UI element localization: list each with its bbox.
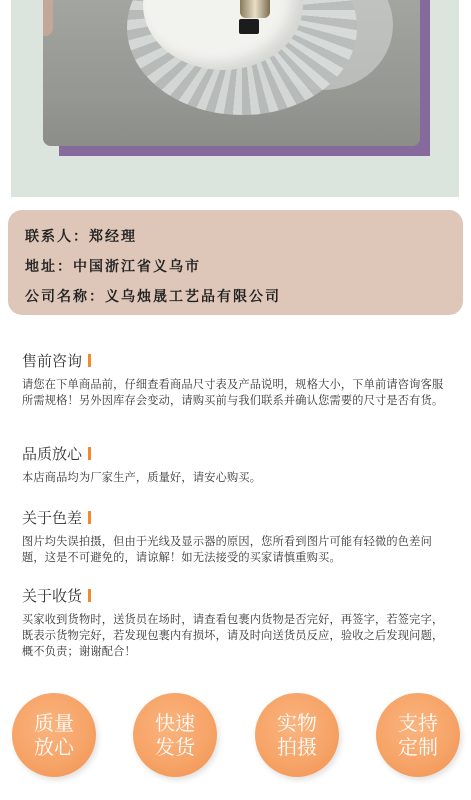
- section-title: 关于色差: [22, 507, 452, 527]
- badge-text: 实物: [277, 711, 317, 735]
- badge-text: 定制: [398, 735, 438, 759]
- photo-hand: [43, 0, 53, 36]
- section-body: 本店商品均为厂家生产，质量好，请安心购买。: [22, 470, 452, 486]
- section-body: 图片均失误拍摄，但由于光线及显示器的原因，您所看到图片可能有轻微的色差问题，这是…: [22, 534, 452, 566]
- section-title: 品质放心: [22, 443, 452, 463]
- accent-bar-icon: [88, 511, 91, 524]
- badge-customization: 支持 定制: [376, 693, 460, 777]
- accent-bar-icon: [88, 354, 91, 367]
- contact-person: 联系人：郑经理: [25, 226, 137, 246]
- contact-company: 公司名称：义乌烛晟工艺品有限公司: [25, 286, 281, 306]
- badge-text: 拍摄: [277, 735, 317, 759]
- accent-bar-icon: [88, 589, 91, 602]
- section-color-difference: 关于色差 图片均失误拍摄，但由于光线及显示器的原因，您所看到图片可能有轻微的色差…: [22, 507, 452, 566]
- photo-metal-pin: [240, 0, 270, 18]
- contact-card: 联系人：郑经理 地址：中国浙江省义乌市 公司名称：义乌烛晟工艺品有限公司: [8, 210, 463, 315]
- badge-quality: 质量 放心: [12, 693, 96, 777]
- badge-text: 发货: [155, 735, 195, 759]
- section-title-text: 关于收货: [22, 585, 82, 606]
- section-title: 售前咨询: [22, 350, 452, 370]
- badge-text: 放心: [34, 735, 74, 759]
- section-presale: 售前咨询 请您在下单商品前，仔细查看商品尺寸表及产品说明，规格大小，下单前请咨询…: [22, 350, 452, 409]
- section-body: 买家收到货物时，送货员在场时，请查看包裹内货物是否完好，再签字，若签完字，既表示…: [22, 612, 452, 660]
- badge-text: 支持: [398, 711, 438, 735]
- section-title-text: 售前咨询: [22, 350, 82, 371]
- section-title-text: 关于色差: [22, 507, 82, 528]
- badge-text: 质量: [34, 711, 74, 735]
- badge-fast-shipping: 快速 发货: [133, 693, 217, 777]
- badge-text: 快速: [155, 711, 195, 735]
- section-quality: 品质放心 本店商品均为厂家生产，质量好，请安心购买。: [22, 443, 452, 486]
- section-title-text: 品质放心: [22, 443, 82, 464]
- contact-address: 地址：中国浙江省义乌市: [25, 256, 201, 276]
- accent-bar-icon: [88, 447, 91, 460]
- photo-switch: [239, 19, 259, 34]
- section-title: 关于收货: [22, 585, 452, 605]
- section-body: 请您在下单商品前，仔细查看商品尺寸表及产品说明，规格大小，下单前请咨询客服所需规…: [22, 377, 452, 409]
- badge-real-photo: 实物 拍摄: [255, 693, 339, 777]
- section-receipt: 关于收货 买家收到货物时，送货员在场时，请查看包裹内货物是否完好，再签字，若签完…: [22, 585, 452, 660]
- product-photo: [43, 0, 420, 146]
